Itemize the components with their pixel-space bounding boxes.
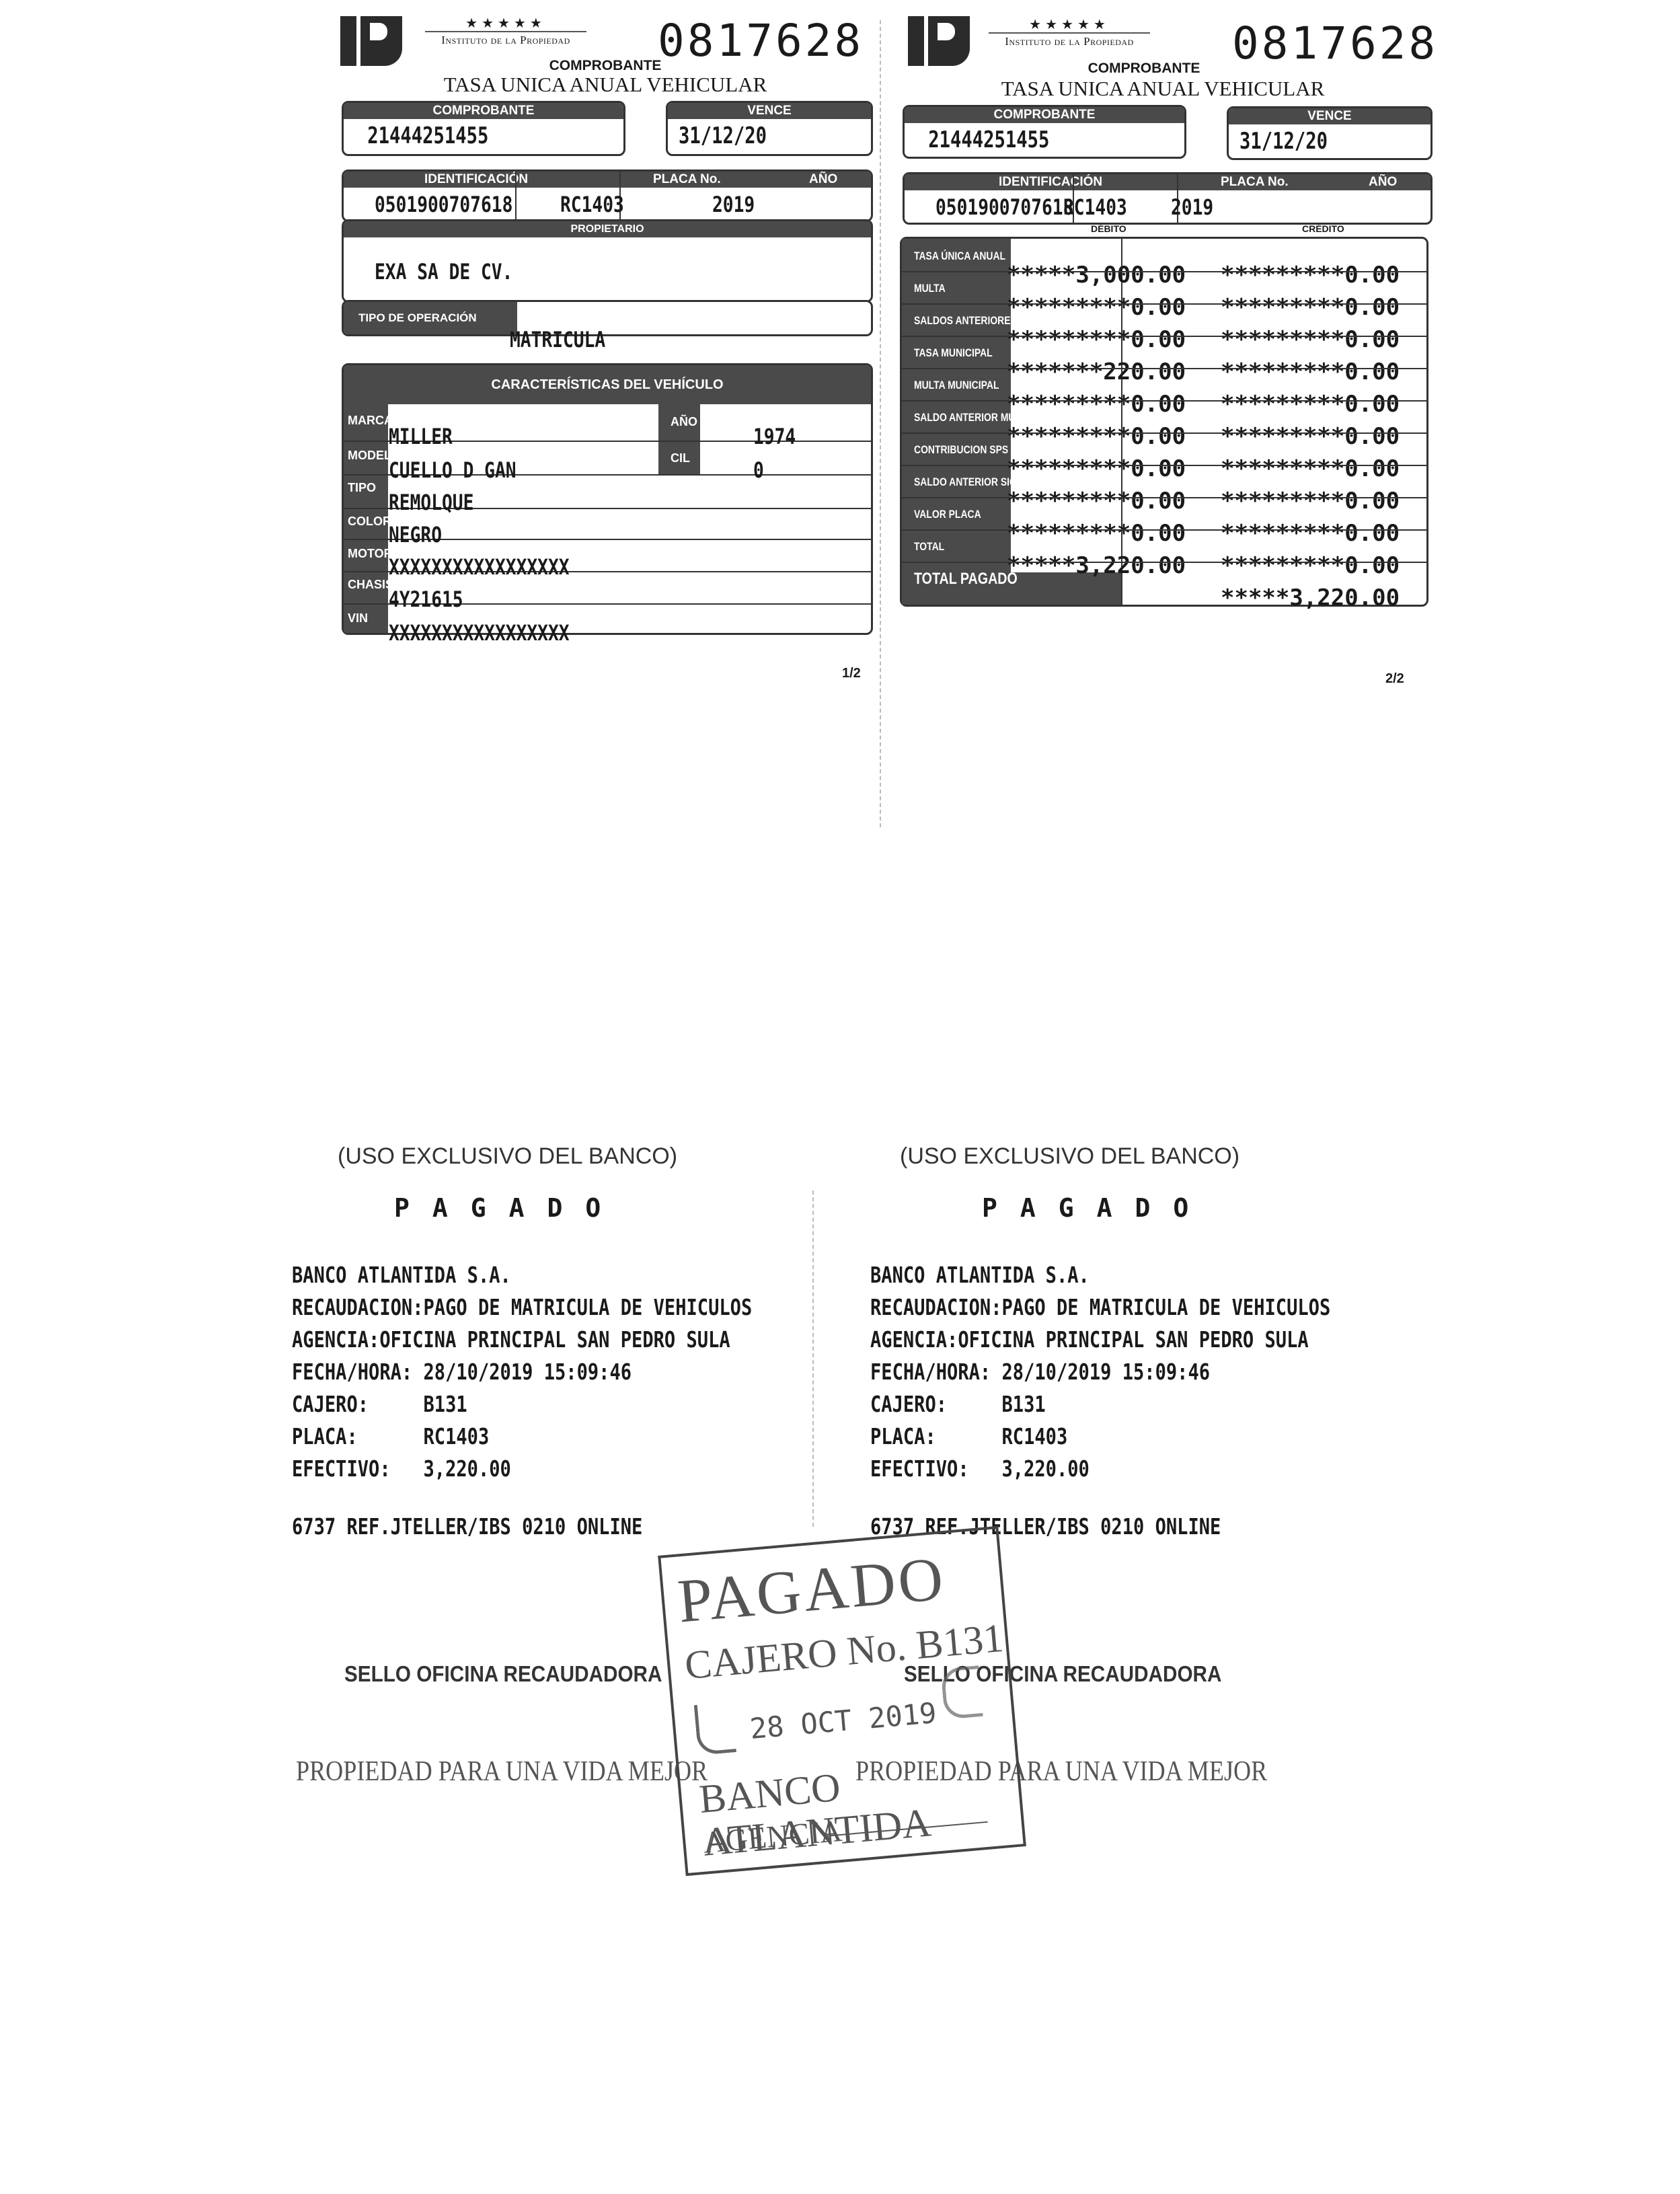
stars-icon: ★★★★★ xyxy=(989,17,1150,34)
bank-record-left: BANCO ATLANTIDA S.A. RECAUDACION:PAGO DE… xyxy=(292,1259,853,1543)
doc-subtitle: TASA UNICA ANUAL VEHICULAR xyxy=(336,73,874,97)
vence-box: VENCE 31/12/20 xyxy=(666,101,873,156)
plate: PLACA: RC1403 xyxy=(292,1421,752,1453)
charge-label: TASA MUNICIPAL xyxy=(914,346,993,360)
debit-amount: *****3,220.00 xyxy=(1007,552,1186,579)
date-time: FECHA/HORA: 28/10/2019 15:09:46 xyxy=(870,1356,1330,1388)
charge-label: SALDO ANTERIOR SIGLO XXI xyxy=(914,476,1048,489)
marca-label: MARCA xyxy=(348,414,393,428)
identificacion-label: IDENTIFICACIÓN xyxy=(424,172,528,188)
charge-label: TOTAL PAGADO xyxy=(914,570,1018,589)
bank-name: BANCO ATLANTIDA S.A. xyxy=(292,1259,752,1291)
propietario-label: PROPIETARIO xyxy=(344,221,871,237)
charge-label: TOTAL xyxy=(914,540,944,554)
identificacion-label: IDENTIFICACIÓN xyxy=(999,174,1102,190)
anio-value: 2019 xyxy=(1171,194,1213,220)
credit-amount: *****3,220.00 xyxy=(1221,584,1400,611)
credit-amount: *********0.00 xyxy=(1221,391,1400,418)
slogan-left: PROPIEDAD PARA UNA VIDA MEJOR xyxy=(296,1755,708,1788)
bank-header-right: (USO EXCLUSIVO DEL BANCO) xyxy=(900,1143,1239,1170)
anio-value: 2019 xyxy=(712,192,755,217)
collection-type: RECAUDACION:PAGO DE MATRICULA DE VEHICUL… xyxy=(292,1291,752,1324)
comprobante-label: COMPROBANTE xyxy=(344,103,623,119)
debit-amount: *********0.00 xyxy=(1007,326,1186,353)
credit-label: CRÉDITO xyxy=(1302,223,1344,234)
receipt-left: ★★★★★ Instituto de la Propiedad 0817628 … xyxy=(336,0,874,699)
cash-amount: EFECTIVO: 3,220.00 xyxy=(870,1453,1330,1485)
operacion-value: MATRICULA xyxy=(510,327,605,352)
identificacion-value: 0501900707618 xyxy=(375,192,512,217)
page-number: 2/2 xyxy=(1385,671,1404,687)
agency: AGENCIA:OFICINA PRINCIPAL SAN PEDRO SULA xyxy=(870,1324,1330,1356)
motor-label: MOTOR xyxy=(348,547,393,561)
comprobante-box: COMPROBANTE 21444251455 xyxy=(903,105,1186,159)
comprobante-value: 21444251455 xyxy=(905,123,1129,157)
charge-label: VALOR PLACA xyxy=(914,508,981,521)
ip-logo-icon xyxy=(908,16,970,66)
propietario-box: PROPIETARIO EXA SA DE CV. xyxy=(342,219,873,303)
vence-label: VENCE xyxy=(1229,108,1430,124)
cash-amount: EFECTIVO: 3,220.00 xyxy=(292,1453,752,1485)
stars-icon: ★★★★★ xyxy=(425,16,586,32)
paid-status-right: PAGADO xyxy=(982,1193,1211,1223)
charge-label: SALDOS ANTERIORES xyxy=(914,314,1017,328)
doc-title: COMPROBANTE xyxy=(336,58,874,74)
credit-amount: *********0.00 xyxy=(1221,520,1400,547)
credit-amount: *********0.00 xyxy=(1221,358,1400,385)
comprobante-box: COMPROBANTE 21444251455 xyxy=(342,101,625,156)
vence-value: 31/12/20 xyxy=(668,119,831,153)
bank-logo-icon xyxy=(694,1702,736,1755)
cut-line xyxy=(880,20,882,827)
bank-name: BANCO ATLANTIDA S.A. xyxy=(870,1259,1330,1291)
institution-name: Instituto de la Propiedad xyxy=(989,35,1150,48)
anio-label: AÑO xyxy=(809,172,837,188)
debit-amount: *******220.00 xyxy=(1007,358,1186,385)
identificacion-box: IDENTIFICACIÓN PLACA No. AÑO 05019007076… xyxy=(903,172,1433,225)
credit-amount: *********0.00 xyxy=(1221,552,1400,579)
institution-name: Instituto de la Propiedad xyxy=(425,34,586,47)
cashier: CAJERO: B131 xyxy=(870,1388,1330,1421)
debit-amount: *****3,000.00 xyxy=(1007,262,1186,289)
vence-label: VENCE xyxy=(668,103,871,119)
tipo-label: TIPO xyxy=(348,481,376,495)
placa-value: RC1403 xyxy=(560,192,624,217)
charges-table: TASA ÚNICA ANUAL*****3,000.00*********0.… xyxy=(900,237,1428,607)
marca-value: MILLER xyxy=(389,424,453,449)
vehicle-anio-label: AÑO xyxy=(671,415,697,429)
cil-value: 0 xyxy=(753,457,764,483)
credit-amount: *********0.00 xyxy=(1221,423,1400,450)
color-value: NEGRO xyxy=(389,522,442,547)
motor-value: XXXXXXXXXXXXXXXXX xyxy=(389,554,570,580)
credit-amount: *********0.00 xyxy=(1221,262,1400,289)
tipo-value: REMOLQUE xyxy=(389,490,473,515)
paid-status-left: PAGADO xyxy=(394,1193,623,1223)
cil-label: CIL xyxy=(671,451,690,465)
plate: PLACA: RC1403 xyxy=(870,1421,1330,1453)
credit-amount: *********0.00 xyxy=(1221,294,1400,321)
cut-line xyxy=(812,1190,815,1527)
placa-value: RC1403 xyxy=(1063,194,1127,220)
vence-value: 31/12/20 xyxy=(1229,124,1390,158)
operacion-box: TIPO DE OPERACIÓN xyxy=(342,300,873,336)
stamp-paid-text: PAGADO xyxy=(675,1547,948,1632)
debit-amount: *********0.00 xyxy=(1007,520,1186,547)
propietario-value: EXA SA DE CV. xyxy=(375,259,512,285)
credit-amount: *********0.00 xyxy=(1221,326,1400,353)
chasis-value: 4Y21615 xyxy=(389,587,463,612)
reference: 6737 REF.JTELLER/IBS 0210 ONLINE xyxy=(292,1511,752,1543)
anio-label: AÑO xyxy=(1369,174,1397,190)
bank-header-left: (USO EXCLUSIVO DEL BANCO) xyxy=(338,1143,677,1170)
page-number: 1/2 xyxy=(842,666,861,681)
doc-subtitle: TASA UNICA ANUAL VEHICULAR xyxy=(899,77,1427,101)
receipt-right: ★★★★★ Instituto de la Propiedad 0817628 … xyxy=(899,0,1437,699)
bank-logo-icon xyxy=(940,1665,983,1720)
agency: AGENCIA:OFICINA PRINCIPAL SAN PEDRO SULA xyxy=(292,1324,752,1356)
cashier: CAJERO: B131 xyxy=(292,1388,752,1421)
placa-label: PLACA No. xyxy=(1221,174,1289,190)
charge-label: SALDO ANTERIOR MUNICIPAL xyxy=(914,411,1052,424)
vehicle-title: CARACTERÍSTICAS DEL VEHÍCULO xyxy=(344,365,871,404)
comprobante-label: COMPROBANTE xyxy=(905,107,1184,123)
color-label: COLOR xyxy=(348,515,391,529)
operacion-label: TIPO DE OPERACIÓN xyxy=(358,311,477,325)
collection-type: RECAUDACION:PAGO DE MATRICULA DE VEHICUL… xyxy=(870,1291,1330,1324)
vin-label: VIN xyxy=(348,611,368,626)
charge-label: MULTA xyxy=(914,282,946,295)
bank-record-right: BANCO ATLANTIDA S.A. RECAUDACION:PAGO DE… xyxy=(870,1259,1431,1543)
debit-amount: *********0.00 xyxy=(1007,294,1186,321)
debit-amount: *********0.00 xyxy=(1007,488,1186,515)
charge-label: CONTRIBUCION SPS SIGLO XXI xyxy=(914,443,1058,457)
date-time: FECHA/HORA: 28/10/2019 15:09:46 xyxy=(292,1356,752,1388)
placa-label: PLACA No. xyxy=(653,172,721,188)
chasis-label: CHASIS xyxy=(348,578,393,592)
doc-title: COMPROBANTE xyxy=(899,61,1389,77)
seal-label-left: SELLO OFICINA RECAUDADORA xyxy=(344,1661,662,1687)
identificacion-value: 0501900707618 xyxy=(936,194,1073,220)
comprobante-value: 21444251455 xyxy=(344,119,568,153)
stamp-date: 28 OCT 2019 xyxy=(749,1696,938,1745)
vin-value: XXXXXXXXXXXXXXXXX xyxy=(389,620,570,646)
charge-label: MULTA MUNICIPAL xyxy=(914,379,999,392)
vence-box: VENCE 31/12/20 xyxy=(1227,106,1433,160)
paid-stamp: PAGADO CAJERO No. B131 28 OCT 2019 BANCO… xyxy=(658,1526,1026,1876)
vehicle-anio-value: 1974 xyxy=(753,424,796,449)
credit-amount: *********0.00 xyxy=(1221,488,1400,515)
identificacion-box: IDENTIFICACIÓN PLACA No. AÑO 05019007076… xyxy=(342,169,873,222)
charge-label: TASA ÚNICA ANUAL xyxy=(914,250,1005,263)
credit-amount: *********0.00 xyxy=(1221,455,1400,482)
modelo-value: CUELLO D GAN xyxy=(389,457,517,483)
debit-label: DÉBITO xyxy=(1091,223,1127,234)
